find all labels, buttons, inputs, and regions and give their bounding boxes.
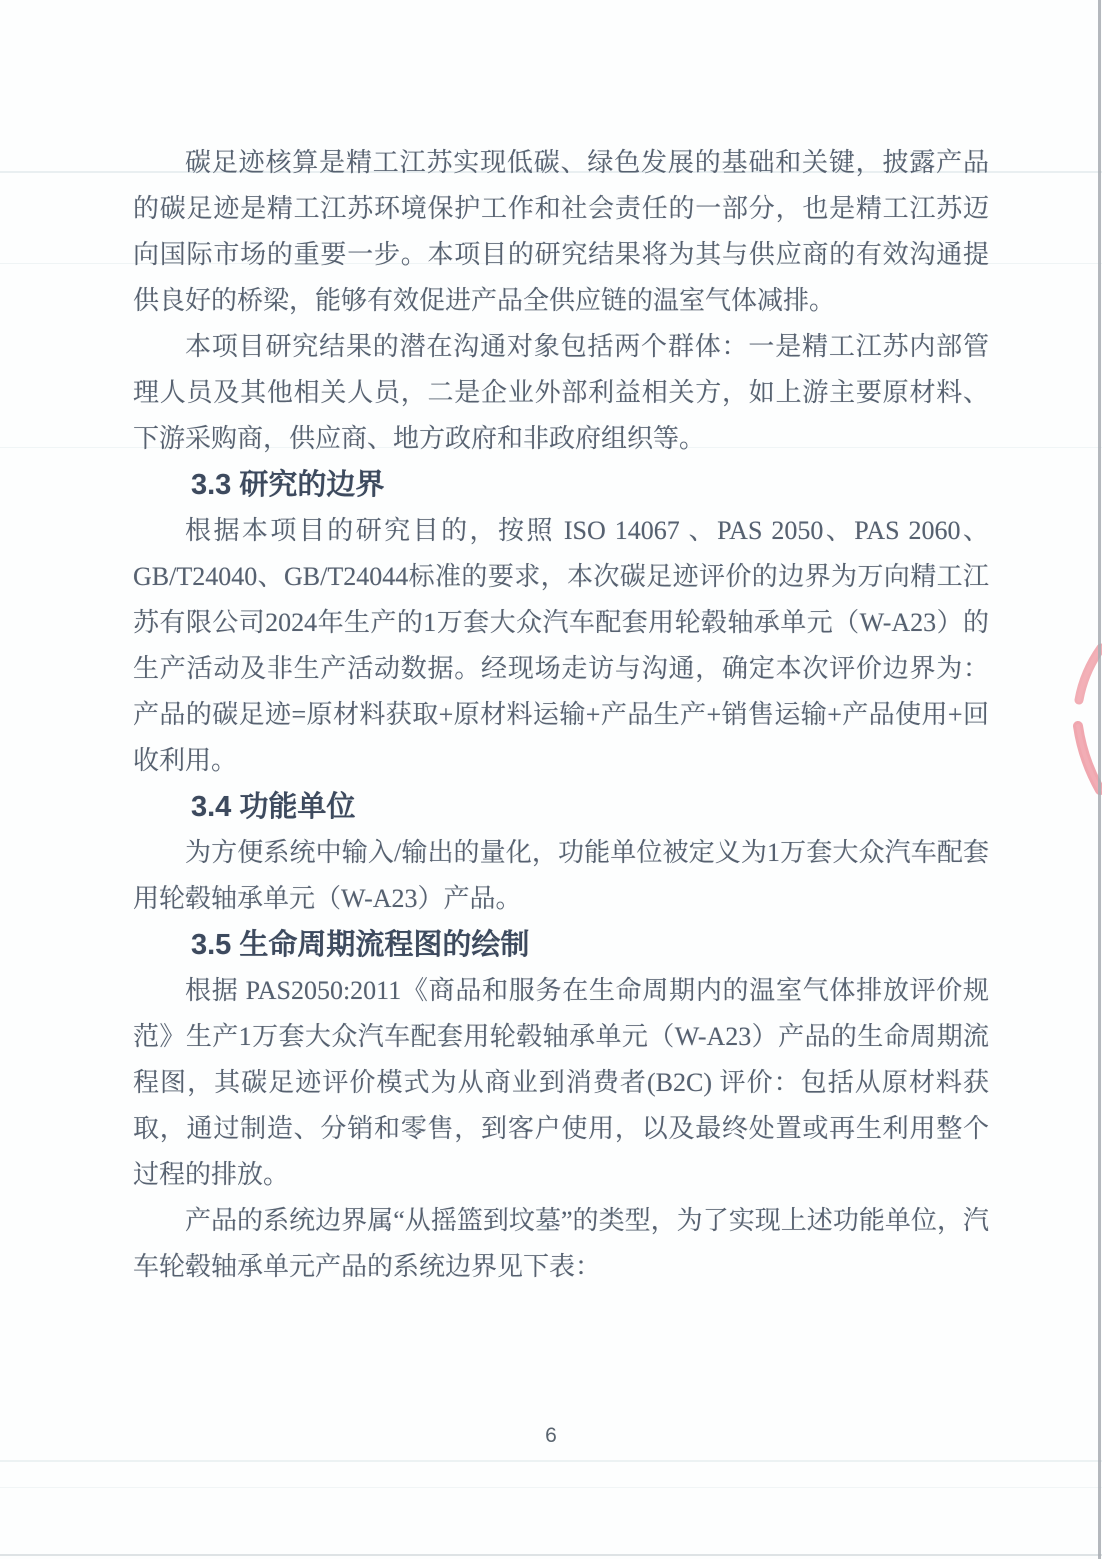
- scan-edge-line: [1098, 0, 1101, 1559]
- page-number: 6: [0, 1424, 1102, 1448]
- paragraph-intro: 碳足迹核算是精工江苏实现低碳、绿色发展的基础和关键，披露产品的碳足迹是精工江苏环…: [133, 140, 989, 324]
- scan-streak: [0, 1487, 1102, 1488]
- paragraph-lifecycle-flowchart: 根据 PAS2050:2011《商品和服务在生命周期内的温室气体排放评价规范》生…: [133, 968, 989, 1198]
- page-content: 碳足迹核算是精工江苏实现低碳、绿色发展的基础和关键，披露产品的碳足迹是精工江苏环…: [133, 140, 989, 1290]
- paragraph-system-boundary: 产品的系统边界属“从摇篮到坟墓”的类型，为了实现上述功能单位，汽车轮毂轴承单元产…: [133, 1198, 989, 1290]
- scan-streak: [0, 1460, 1102, 1462]
- paragraph-study-boundary: 根据本项目的研究目的，按照 ISO 14067 、PAS 2050、PAS 20…: [133, 508, 989, 784]
- paragraph-functional-unit: 为方便系统中输入/输出的量化，功能单位被定义为1万套大众汽车配套用轮毂轴承单元（…: [133, 830, 989, 922]
- document-page: 碳足迹核算是精工江苏实现低碳、绿色发展的基础和关键，披露产品的碳足迹是精工江苏环…: [0, 0, 1102, 1559]
- paragraph-communication-targets: 本项目研究结果的潜在沟通对象包括两个群体：一是精工江苏内部管理人员及其他相关人员…: [133, 324, 989, 462]
- heading-3-5-lifecycle-flowchart: 3.5 生命周期流程图的绘制: [133, 922, 989, 968]
- red-stamp-arc-icon: [1062, 640, 1102, 800]
- heading-3-4-functional-unit: 3.4 功能单位: [133, 784, 989, 830]
- scan-streak: [0, 1554, 1102, 1556]
- heading-3-3-study-boundary: 3.3 研究的边界: [133, 462, 989, 508]
